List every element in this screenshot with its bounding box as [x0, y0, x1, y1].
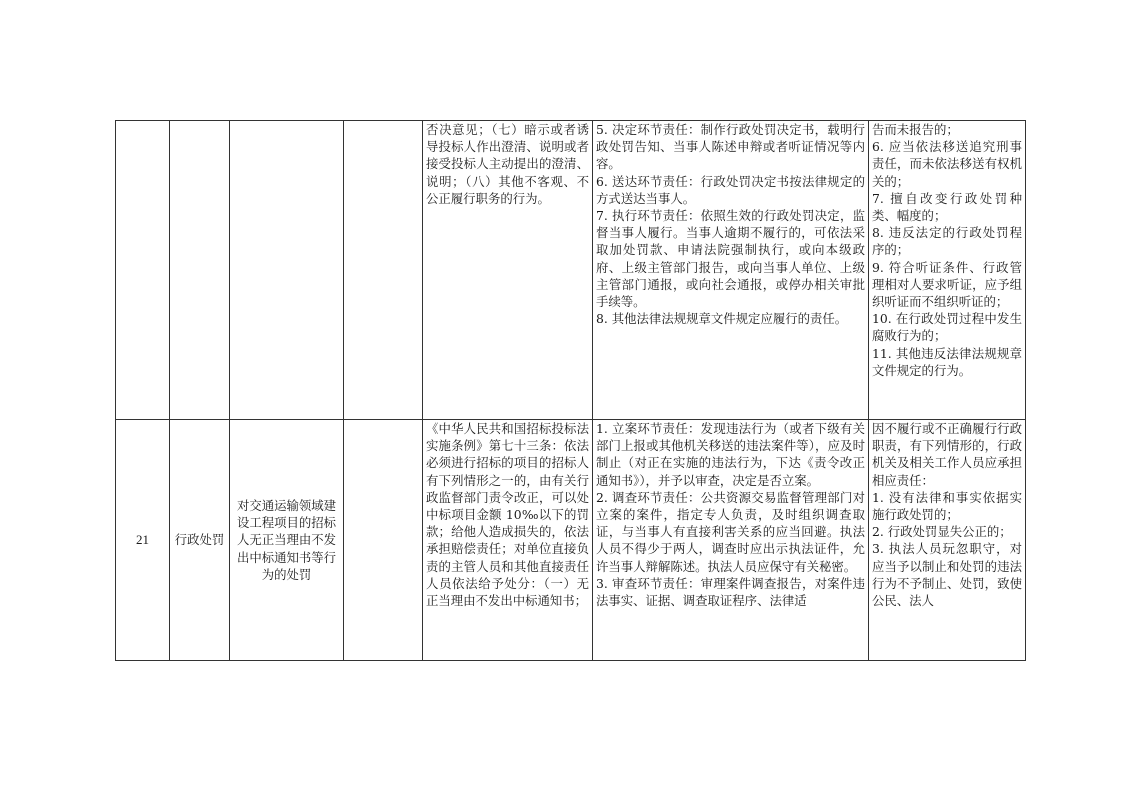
accountability-item: 2. 行政处罚显失公正的；	[872, 523, 1022, 540]
legal-basis-cell: 《中华人民共和国招标投标法实施条例》第七十三条：依法必须进行招标的项目的招标人有…	[423, 420, 593, 661]
accountability-item: 7. 擅自改变行政处罚种类、幅度的；	[872, 190, 1022, 224]
accountability-item: 9. 符合听证条件、行政管理相对人要求听证，应予组织听证而不组织听证的；	[872, 259, 1022, 311]
empty-cell	[344, 121, 423, 420]
table-row: 否决意见；（七）暗示或者诱导投标人作出澄清、说明或者接受投标人主动提出的澄清、说…	[116, 121, 1026, 420]
empty-cell	[344, 420, 423, 661]
row-number-cell: 21	[116, 420, 170, 661]
responsibility-item: 5. 决定环节责任：制作行政处罚决定书，载明行政处罚告知、当事人陈述申辩或者听证…	[596, 121, 865, 173]
accountability-item: 11. 其他违反法律法规规章文件规定的行为。	[872, 345, 1022, 379]
responsibility-item: 6. 送达环节责任：行政处罚决定书按法律规定的方式送达当事人。	[596, 173, 865, 207]
accountability-item: 8. 违反法定的行政处罚程序的；	[872, 224, 1022, 258]
responsibilities-cell: 5. 决定环节责任：制作行政处罚决定书，载明行政处罚告知、当事人陈述申辩或者听证…	[593, 121, 869, 420]
legal-basis-cell: 否决意见；（七）暗示或者诱导投标人作出澄清、说明或者接受投标人主动提出的澄清、说…	[423, 121, 593, 420]
accountability-item: 3. 执法人员玩忽职守，对应当予以制止和处罚的违法行为不予制止、处罚，致使公民、…	[872, 540, 1022, 609]
row-number-cell	[116, 121, 170, 420]
item-name-cell: 对交通运输领域建设工程项目的招标人无正当理由不发出中标通知书等行为的处罚	[230, 420, 344, 661]
accountability-cell: 告而未报告的； 6. 应当依法移送追究刑事责任，而未依法移送有权机关的； 7. …	[869, 121, 1026, 420]
accountability-item: 因不履行或不正确履行行政职责，有下列情形的，行政机关及相关工作人员应承担相应责任…	[872, 420, 1022, 489]
category-cell: 行政处罚	[170, 420, 230, 661]
responsibility-item: 1. 立案环节责任：发现违法行为（或者下级有关部门上报或其他机关移送的违法案件等…	[596, 420, 865, 489]
responsibility-item: 7. 执行环节责任：依照生效的行政处罚决定，监督当事人履行。当事人逾期不履行的，…	[596, 207, 865, 310]
item-name-cell	[230, 121, 344, 420]
accountability-item: 告而未报告的；	[872, 121, 1022, 138]
responsibility-table: 否决意见；（七）暗示或者诱导投标人作出澄清、说明或者接受投标人主动提出的澄清、说…	[115, 120, 1026, 661]
accountability-item: 1. 没有法律和事实依据实施行政处罚的；	[872, 489, 1022, 523]
table-row: 21 行政处罚 对交通运输领域建设工程项目的招标人无正当理由不发出中标通知书等行…	[116, 420, 1026, 661]
category-cell	[170, 121, 230, 420]
responsibilities-cell: 1. 立案环节责任：发现违法行为（或者下级有关部门上报或其他机关移送的违法案件等…	[593, 420, 869, 661]
responsibility-item: 8. 其他法律法规规章文件规定应履行的责任。	[596, 310, 865, 327]
responsibility-item: 2. 调查环节责任：公共资源交易监督管理部门对立案的案件，指定专人负责，及时组织…	[596, 489, 865, 575]
responsibility-item: 3. 审查环节责任：审理案件调查报告，对案件违法事实、证据、调查取证程序、法律适	[596, 575, 865, 609]
accountability-item: 6. 应当依法移送追究刑事责任，而未依法移送有权机关的；	[872, 138, 1022, 190]
accountability-cell: 因不履行或不正确履行行政职责，有下列情形的，行政机关及相关工作人员应承担相应责任…	[869, 420, 1026, 661]
accountability-item: 10. 在行政处罚过程中发生腐败行为的；	[872, 310, 1022, 344]
